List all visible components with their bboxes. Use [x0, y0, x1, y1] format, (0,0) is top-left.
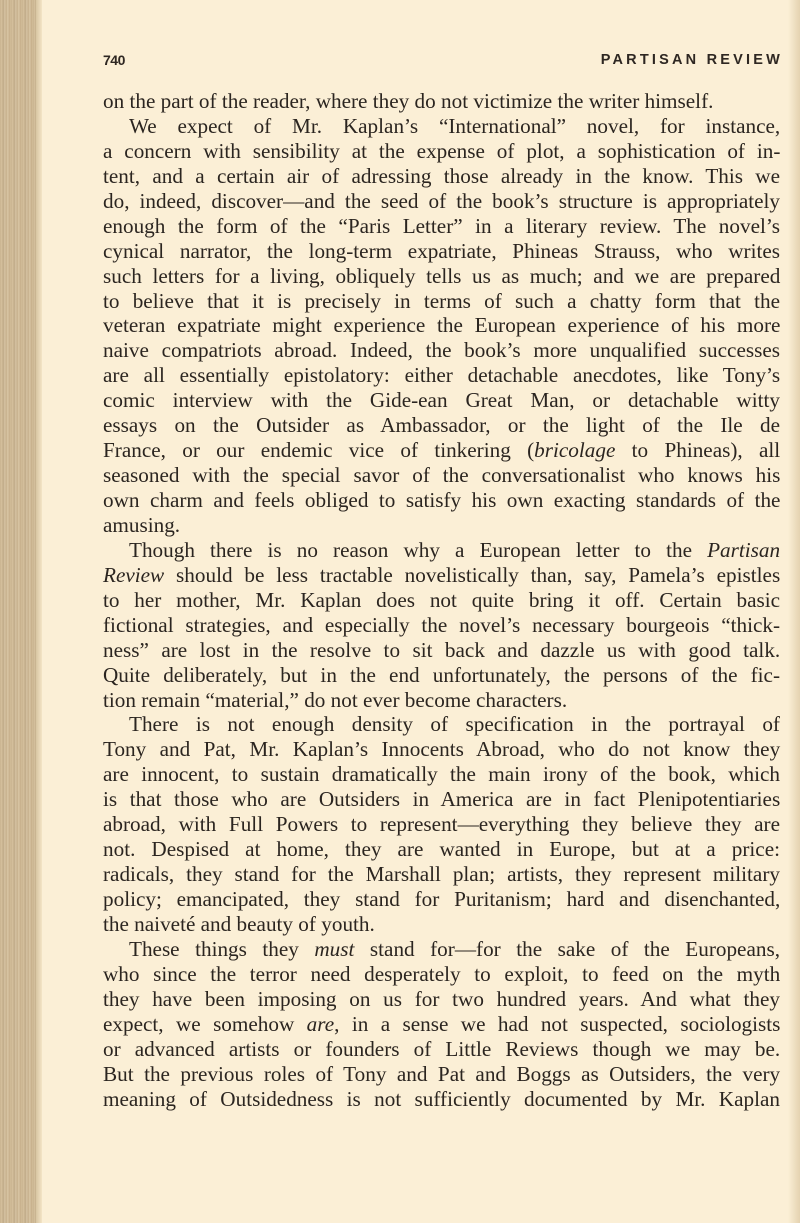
line-text: veteran expatriate might experience the …: [103, 313, 780, 337]
line-text: comic interview with the Gide-ean Great …: [103, 388, 780, 412]
line-text: to Phineas), all: [615, 438, 780, 462]
line-text: are all essentially epistolatory: either…: [103, 363, 780, 387]
line-text: to believe that it is precisely in terms…: [103, 289, 780, 313]
line-text: naive compatriots abroad. Indeed, the bo…: [103, 338, 780, 362]
text-line: the naiveté and beauty of youth.: [103, 912, 780, 937]
line-text: is that those who are Outsiders in Ameri…: [103, 787, 780, 811]
page-number: 740: [103, 52, 125, 68]
line-text: tent, and a certain air of adressing tho…: [103, 164, 780, 188]
journal-title: PARTISAN REVIEW: [601, 52, 783, 68]
line-text: essays on the Outsider as Ambassador, or…: [103, 413, 780, 437]
line-text: ness” are lost in the resolve to sit bac…: [103, 638, 780, 662]
text-line: enough the form of the “Paris Letter” in…: [103, 214, 780, 239]
text-line: Review should be less tractable novelist…: [103, 563, 780, 588]
text-line: Though there is no reason why a European…: [103, 538, 780, 563]
article-body: on the part of the reader, where they do…: [103, 89, 780, 1111]
line-text: on the part of the reader, where they do…: [103, 89, 713, 113]
text-line: policy; emancipated, they stand for Puri…: [103, 887, 780, 912]
text-line: But the previous roles of Tony and Pat a…: [103, 1062, 780, 1087]
text-line: do, indeed, discover—and the seed of the…: [103, 189, 780, 214]
line-text: We expect of Mr. Kaplan’s “International…: [129, 114, 780, 138]
line-text: should be less tractable novelistically …: [164, 563, 780, 587]
text-line: is that those who are Outsiders in Ameri…: [103, 787, 780, 812]
text-line: to believe that it is precisely in terms…: [103, 289, 780, 314]
line-text: they have been imposing on us for two hu…: [103, 987, 780, 1011]
line-text: stand for—for the sake of the Europeans,: [354, 937, 780, 961]
text-line: tent, and a certain air of adressing tho…: [103, 164, 780, 189]
italic-text: Review: [103, 563, 164, 587]
text-line: abroad, with Full Powers to represent—ev…: [103, 812, 780, 837]
line-text: Tony and Pat, Mr. Kaplan’s Innocents Abr…: [103, 737, 780, 761]
line-text: expect, we somehow: [103, 1012, 307, 1036]
line-text: Though there is no reason why a European…: [129, 538, 707, 562]
text-line: who since the terror need desperately to…: [103, 962, 780, 987]
text-line: cynical narrator, the long-term expatria…: [103, 239, 780, 264]
text-line: meaning of Outsidedness is not sufficien…: [103, 1087, 780, 1112]
text-line: Tony and Pat, Mr. Kaplan’s Innocents Abr…: [103, 737, 780, 762]
line-text: tion remain “material,” do not ever beco…: [103, 688, 567, 712]
text-line: ness” are lost in the resolve to sit bac…: [103, 638, 780, 663]
line-text: Quite deliberately, but in the end unfor…: [103, 663, 780, 687]
text-line: comic interview with the Gide-ean Great …: [103, 388, 780, 413]
text-line: tion remain “material,” do not ever beco…: [103, 688, 780, 713]
running-head: 740 PARTISAN REVIEW: [103, 52, 783, 72]
line-text: not. Despised at home, they are wanted i…: [103, 837, 780, 861]
text-line: seasoned with the special savor of the c…: [103, 463, 780, 488]
line-text: policy; emancipated, they stand for Puri…: [103, 887, 780, 911]
line-text: a concern with sensibility at the expens…: [103, 139, 780, 163]
line-text: the naiveté and beauty of youth.: [103, 912, 375, 936]
text-line: are innocent, to sustain dramatically th…: [103, 762, 780, 787]
line-text: such letters for a living, obliquely tel…: [103, 264, 780, 288]
text-line: veteran expatriate might experience the …: [103, 313, 780, 338]
line-text: abroad, with Full Powers to represent—ev…: [103, 812, 780, 836]
line-text: or advanced artists or founders of Littl…: [103, 1037, 780, 1061]
text-line: a concern with sensibility at the expens…: [103, 139, 780, 164]
italic-text: bricolage: [534, 438, 615, 462]
line-text: to her mother, Mr. Kaplan does not quite…: [103, 588, 780, 612]
text-line: radicals, they stand for the Marshall pl…: [103, 862, 780, 887]
line-text: There is not enough density of specifica…: [129, 712, 780, 736]
text-line: amusing.: [103, 513, 780, 538]
text-line: such letters for a living, obliquely tel…: [103, 264, 780, 289]
line-text: seasoned with the special savor of the c…: [103, 463, 780, 487]
line-text: But the previous roles of Tony and Pat a…: [103, 1062, 780, 1086]
line-text: , in a sense we had not suspected, socio…: [334, 1012, 780, 1036]
book-spine-edge: [0, 0, 36, 1223]
line-text: These things they: [129, 937, 314, 961]
text-line: they have been imposing on us for two hu…: [103, 987, 780, 1012]
text-line: not. Despised at home, they are wanted i…: [103, 837, 780, 862]
line-text: France, or our endemic vice of tinkering…: [103, 438, 534, 462]
text-line: essays on the Outsider as Ambassador, or…: [103, 413, 780, 438]
line-text: do, indeed, discover—and the seed of the…: [103, 189, 780, 213]
line-text: amusing.: [103, 513, 180, 537]
text-line: naive compatriots abroad. Indeed, the bo…: [103, 338, 780, 363]
italic-text: Partisan: [707, 538, 780, 562]
text-line: fictional strategies, and especially the…: [103, 613, 780, 638]
text-line: These things they must stand for—for the…: [103, 937, 780, 962]
line-text: meaning of Outsidedness is not sufficien…: [103, 1087, 780, 1111]
line-text: enough the form of the “Paris Letter” in…: [103, 214, 780, 238]
text-line: expect, we somehow are, in a sense we ha…: [103, 1012, 780, 1037]
line-text: cynical narrator, the long-term expatria…: [103, 239, 780, 263]
text-line: Quite deliberately, but in the end unfor…: [103, 663, 780, 688]
italic-text: must: [314, 937, 354, 961]
text-line: on the part of the reader, where they do…: [103, 89, 780, 114]
text-line: are all essentially epistolatory: either…: [103, 363, 780, 388]
text-line: or advanced artists or founders of Littl…: [103, 1037, 780, 1062]
italic-text: are: [307, 1012, 334, 1036]
line-text: own charm and feels obliged to satisfy h…: [103, 488, 780, 512]
text-line: There is not enough density of specifica…: [103, 712, 780, 737]
text-line: We expect of Mr. Kaplan’s “International…: [103, 114, 780, 139]
text-line: France, or our endemic vice of tinkering…: [103, 438, 780, 463]
line-text: who since the terror need desperately to…: [103, 962, 780, 986]
gutter-shadow: [36, 0, 42, 1223]
line-text: radicals, they stand for the Marshall pl…: [103, 862, 780, 886]
text-line: own charm and feels obliged to satisfy h…: [103, 488, 780, 513]
page-edge-shadow: [788, 0, 800, 1223]
text-line: to her mother, Mr. Kaplan does not quite…: [103, 588, 780, 613]
line-text: fictional strategies, and especially the…: [103, 613, 780, 637]
line-text: are innocent, to sustain dramatically th…: [103, 762, 780, 786]
